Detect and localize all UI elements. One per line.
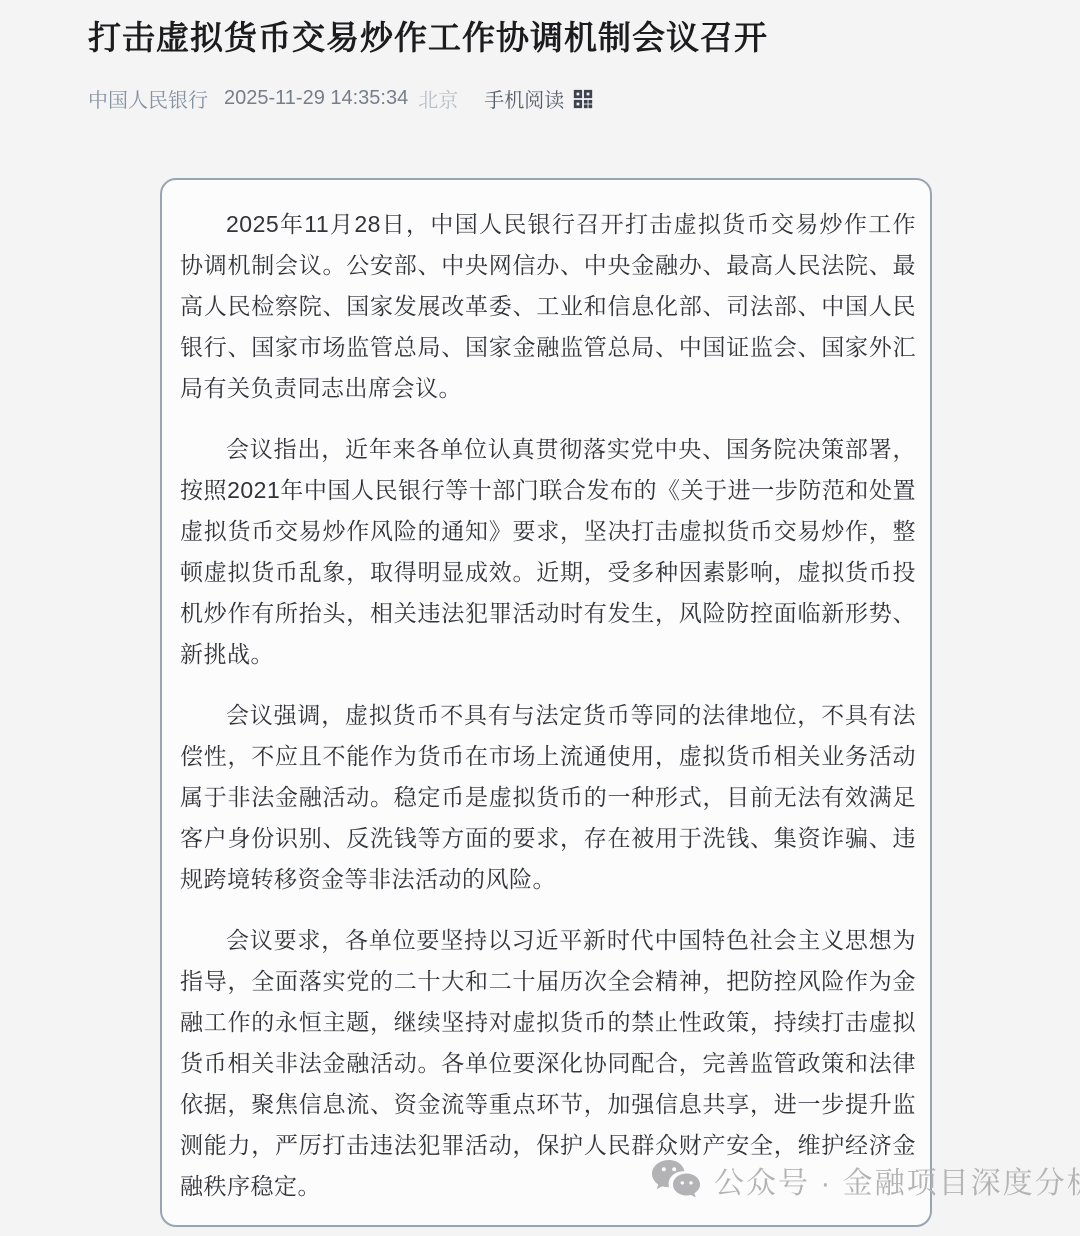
source-name[interactable]: 中国人民银行 xyxy=(88,84,208,113)
article-meta: 中国人民银行 2025-11-29 14:35:34 北京 手机阅读 xyxy=(88,84,594,113)
mobile-read-label[interactable]: 手机阅读 xyxy=(484,84,564,113)
publish-timestamp: 2025-11-29 14:35:34 xyxy=(224,87,408,110)
publish-location: 北京 xyxy=(418,84,458,113)
page-title: 打击虚拟货币交易炒作工作协调机制会议召开 xyxy=(88,12,768,59)
article-card: 2025年11月28日，中国人民银行召开打击虚拟货币交易炒作工作协调机制会议。公… xyxy=(160,178,932,1227)
watermark: 公众号 · 金融项目深度分析 xyxy=(650,1158,1080,1202)
article-paragraph-1: 2025年11月28日，中国人民银行召开打击虚拟货币交易炒作工作协调机制会议。公… xyxy=(180,204,916,409)
wechat-icon xyxy=(650,1158,702,1202)
article-paragraph-3: 会议强调，虚拟货币不具有与法定货币等同的法律地位，不具有法偿性，不应且不能作为货… xyxy=(180,695,916,900)
qr-code-icon[interactable] xyxy=(572,88,594,110)
article-page: 打击虚拟货币交易炒作工作协调机制会议召开 中国人民银行 2025-11-29 1… xyxy=(0,0,1080,1236)
article-paragraph-2: 会议指出，近年来各单位认真贯彻落实党中央、国务院决策部署，按照2021年中国人民… xyxy=(180,429,916,675)
watermark-text: 公众号 · 金融项目深度分析 xyxy=(714,1158,1080,1202)
